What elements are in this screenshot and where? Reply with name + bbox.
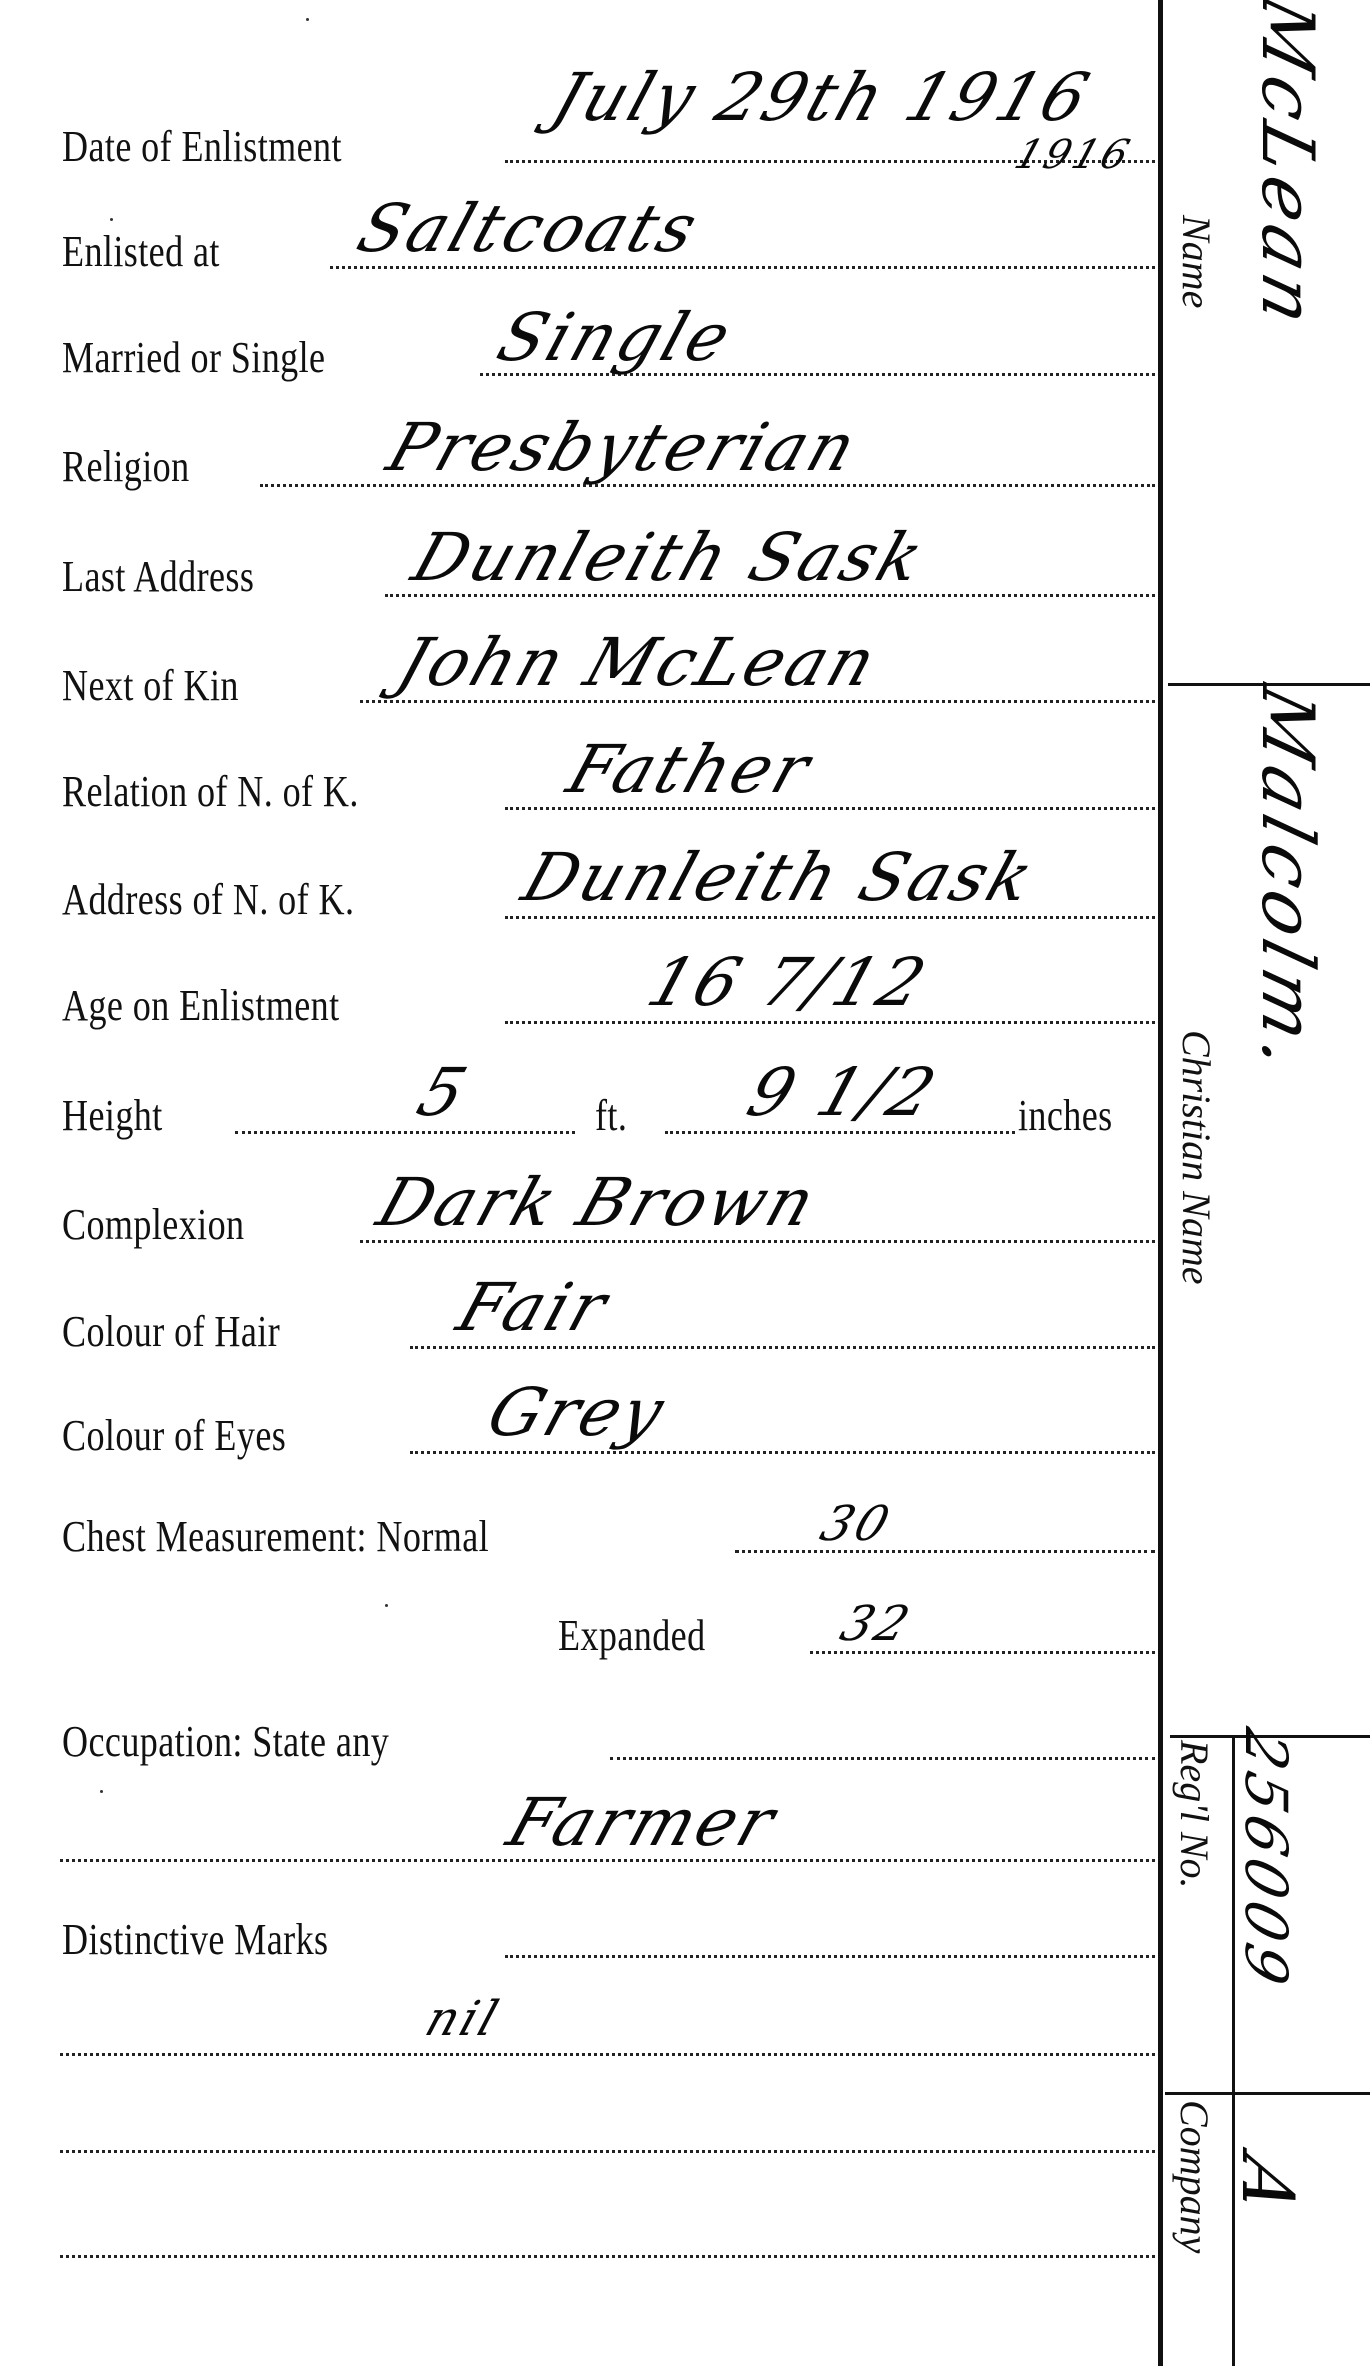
line-height-inches bbox=[665, 1131, 1015, 1134]
label-date-of-enlistment: Date of Enlistment bbox=[62, 125, 342, 169]
value-height-ft: 5 bbox=[410, 1060, 476, 1126]
sidebar-label-regl-no: Reg'l No. bbox=[1171, 1740, 1218, 1889]
label-occupation: Occupation: State any bbox=[62, 1720, 389, 1764]
label-height: Height bbox=[62, 1094, 163, 1138]
line-distinctive-marks-1 bbox=[505, 1955, 1155, 1958]
value-height-inches: 9 1/2 bbox=[740, 1060, 946, 1126]
value-next-of-kin: John McLean bbox=[390, 630, 886, 696]
value-age-on-enlistment: 16 7/12 bbox=[640, 950, 936, 1016]
label-chest-normal: Chest Measurement: Normal bbox=[62, 1515, 489, 1559]
sidebar-value-regl-no: 256009 bbox=[1232, 1722, 1300, 1998]
sidebar-value-name: McLean bbox=[1246, 0, 1330, 340]
value-distinctive-marks: nil bbox=[420, 1995, 506, 2043]
scan-speck bbox=[110, 218, 113, 221]
label-last-address: Last Address bbox=[62, 555, 254, 599]
value-chest-expanded: 32 bbox=[835, 1600, 918, 1648]
value-married-or-single: Single bbox=[490, 305, 741, 371]
value-last-address: Dunleith Sask bbox=[405, 525, 933, 591]
scan-speck bbox=[385, 1604, 388, 1607]
sidebar-value-company: A bbox=[1226, 2147, 1310, 2228]
label-next-of-kin: Next of Kin bbox=[62, 664, 239, 708]
sidebar-value-christian-name: Malcolm. bbox=[1246, 677, 1330, 1085]
label-complexion: Complexion bbox=[62, 1203, 245, 1247]
value-chest-normal: 30 bbox=[815, 1500, 898, 1548]
line-colour-of-hair bbox=[410, 1346, 1155, 1349]
label-chest-expanded: Expanded bbox=[558, 1614, 706, 1658]
label-religion: Religion bbox=[62, 445, 190, 489]
line-height-ft bbox=[235, 1131, 575, 1134]
line-age-on-enlistment bbox=[505, 1021, 1155, 1024]
line-distinctive-marks-2 bbox=[60, 2053, 1155, 2056]
label-height-inches: inches bbox=[1018, 1094, 1113, 1138]
year-annotation: 1916 bbox=[1010, 135, 1137, 175]
sidebar-label-christian-name: Christian Name bbox=[1173, 1030, 1220, 1284]
attestation-form: Date of Enlistment July 29th 1916 Enlist… bbox=[0, 0, 1370, 2366]
scan-speck bbox=[100, 1790, 103, 1793]
sidebar-divider bbox=[1158, 0, 1163, 2366]
value-date-of-enlistment: July 29th 1916 bbox=[545, 65, 1099, 131]
value-enlisted-at: Saltcoats bbox=[350, 196, 707, 262]
value-complexion: Dark Brown bbox=[370, 1170, 825, 1236]
sidebar-inner-rule-company bbox=[1232, 2092, 1235, 2366]
label-married-or-single: Married or Single bbox=[62, 336, 325, 380]
label-address-of-nok: Address of N. of K. bbox=[62, 878, 354, 922]
line-occupation-1 bbox=[610, 1757, 1155, 1760]
label-relation-of-nok: Relation of N. of K. bbox=[62, 770, 359, 814]
sidebar-label-name: Name bbox=[1173, 215, 1220, 308]
value-religion: Presbyterian bbox=[380, 415, 866, 481]
label-distinctive-marks: Distinctive Marks bbox=[62, 1918, 329, 1962]
value-colour-of-hair: Fair bbox=[450, 1275, 617, 1341]
sidebar-label-company: Company bbox=[1171, 2100, 1218, 2253]
value-relation-of-nok: Father bbox=[560, 737, 820, 803]
label-height-ft: ft. bbox=[595, 1094, 627, 1138]
date-text: July 29th 1916 bbox=[543, 59, 1100, 136]
line-distinctive-marks-3 bbox=[60, 2150, 1155, 2153]
label-enlisted-at: Enlisted at bbox=[62, 230, 220, 274]
value-occupation: Farmer bbox=[500, 1790, 785, 1856]
line-chest-normal bbox=[735, 1550, 1155, 1553]
label-colour-of-hair: Colour of Hair bbox=[62, 1310, 280, 1354]
scan-speck bbox=[306, 18, 309, 21]
value-address-of-nok: Dunleith Sask bbox=[515, 845, 1043, 911]
line-distinctive-marks-4 bbox=[60, 2255, 1155, 2258]
label-colour-of-eyes: Colour of Eyes bbox=[62, 1414, 286, 1458]
line-colour-of-eyes bbox=[410, 1451, 1155, 1454]
line-address-of-nok bbox=[505, 916, 1155, 919]
sidebar-rule-regl bbox=[1165, 2092, 1370, 2095]
label-age-on-enlistment: Age on Enlistment bbox=[62, 984, 340, 1028]
value-colour-of-eyes: Grey bbox=[480, 1380, 674, 1446]
